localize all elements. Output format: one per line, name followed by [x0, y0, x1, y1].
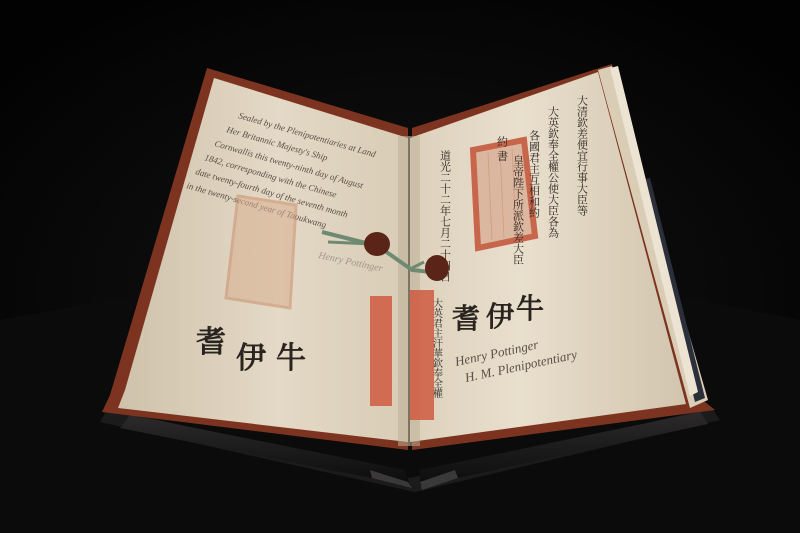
svg-text:耆: 耆 — [196, 325, 226, 360]
wax-seal-left — [364, 232, 390, 256]
svg-text:大清欽差便宜行事大臣等: 大清欽差便宜行事大臣等 — [576, 94, 589, 216]
svg-text:伊: 伊 — [236, 341, 267, 376]
svg-text:各國君主互相和約: 各國君主互相和約 — [528, 130, 541, 218]
faded-seal-left — [226, 196, 296, 308]
svg-text:牛: 牛 — [276, 341, 306, 376]
svg-text:耆: 耆 — [452, 302, 480, 335]
svg-text:皇帝陛下所派欽差大臣: 皇帝陛下所派欽差大臣 — [512, 155, 525, 265]
wax-seal-right — [425, 255, 449, 281]
red-seal-stripe-left — [370, 296, 392, 406]
svg-text:牛: 牛 — [516, 292, 544, 325]
svg-text:伊: 伊 — [486, 300, 515, 333]
svg-text:大英欽奉全權公使大臣各為: 大英欽奉全權公使大臣各為 — [547, 105, 560, 238]
treaty-book-photo: Sealed by the Plenipotentiaries at Land … — [0, 0, 800, 533]
svg-text:約 書: 約 書 — [496, 136, 509, 162]
svg-text:大英君主汗華欽奉全權: 大英君主汗華欽奉全權 — [431, 297, 443, 398]
